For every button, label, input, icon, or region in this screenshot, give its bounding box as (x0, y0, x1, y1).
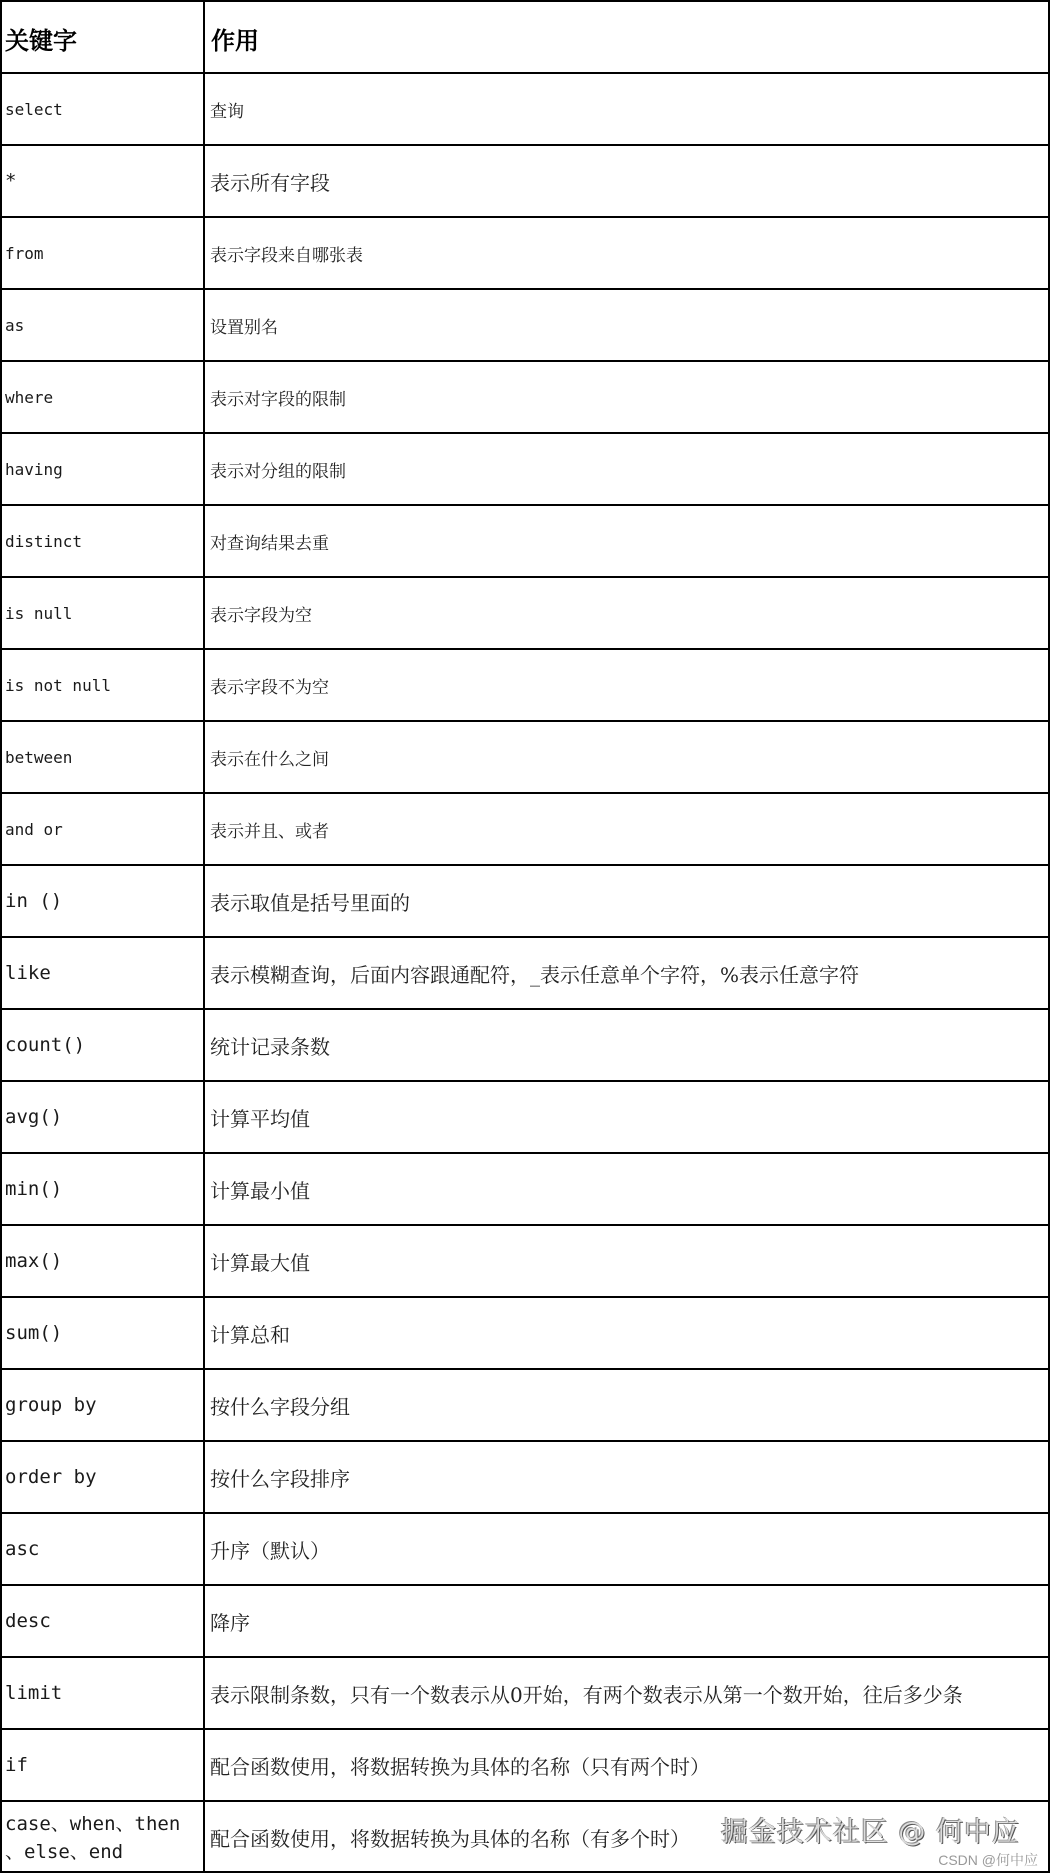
keyword-cell: sum() (2, 1298, 205, 1368)
table-row: max()计算最大值 (2, 1224, 1048, 1296)
keyword-cell: distinct (2, 506, 205, 576)
keyword-cell: case、when、then 、else、end (2, 1802, 205, 1872)
function-cell: 统计记录条数 (205, 1010, 1048, 1080)
table-row: distinct对查询结果去重 (2, 504, 1048, 576)
keyword-cell: limit (2, 1658, 205, 1728)
table-row: like表示模糊查询，后面内容跟通配符，_表示任意单个字符，%表示任意字符 (2, 936, 1048, 1008)
header-keyword: 关键字 (2, 2, 205, 74)
juejin-watermark: 掘金技术社区 @ 何中应 (721, 1810, 1020, 1849)
keyword-cell: in () (2, 866, 205, 936)
table-row: group by按什么字段分组 (2, 1368, 1048, 1440)
table-row: *表示所有字段 (2, 144, 1048, 216)
function-cell: 计算最小值 (205, 1154, 1048, 1224)
table-row: from表示字段来自哪张表 (2, 216, 1048, 288)
keyword-cell: max() (2, 1226, 205, 1296)
function-cell: 计算总和 (205, 1298, 1048, 1368)
function-cell: 降序 (205, 1586, 1048, 1656)
keyword-cell: as (2, 290, 205, 360)
function-cell: 配合函数使用，将数据转换为具体的名称（只有两个时） (205, 1730, 1048, 1800)
function-cell: 查询 (205, 74, 1048, 144)
function-cell: 表示对字段的限制 (205, 362, 1048, 432)
table-row: in ()表示取值是括号里面的 (2, 864, 1048, 936)
table-row: as设置别名 (2, 288, 1048, 360)
table-row: where表示对字段的限制 (2, 360, 1048, 432)
function-cell: 对查询结果去重 (205, 506, 1048, 576)
keyword-cell: min() (2, 1154, 205, 1224)
function-cell: 表示取值是括号里面的 (205, 866, 1048, 936)
keyword-cell: from (2, 218, 205, 288)
function-cell: 设置别名 (205, 290, 1048, 360)
table-row: sum()计算总和 (2, 1296, 1048, 1368)
table-row: limit表示限制条数，只有一个数表示从0开始，有两个数表示从第一个数开始，往后… (2, 1656, 1048, 1728)
table-row: desc降序 (2, 1584, 1048, 1656)
keyword-cell: order by (2, 1442, 205, 1512)
function-cell: 计算最大值 (205, 1226, 1048, 1296)
keyword-cell: and or (2, 794, 205, 864)
table-row: is null表示字段为空 (2, 576, 1048, 648)
table-row: avg()计算平均值 (2, 1080, 1048, 1152)
keyword-cell: asc (2, 1514, 205, 1584)
keyword-cell: is not null (2, 650, 205, 720)
sql-keyword-table: 关键字 作用 select查询*表示所有字段from表示字段来自哪张表as设置别… (0, 0, 1050, 1873)
table-row: order by按什么字段排序 (2, 1440, 1048, 1512)
keyword-cell: is null (2, 578, 205, 648)
table-row: count()统计记录条数 (2, 1008, 1048, 1080)
function-cell: 表示字段不为空 (205, 650, 1048, 720)
function-cell: 按什么字段排序 (205, 1442, 1048, 1512)
table-row: asc升序（默认） (2, 1512, 1048, 1584)
header-function: 作用 (205, 2, 1048, 74)
table-row: and or表示并且、或者 (2, 792, 1048, 864)
function-cell: 升序（默认） (205, 1514, 1048, 1584)
table-row: min()计算最小值 (2, 1152, 1048, 1224)
keyword-cell: avg() (2, 1082, 205, 1152)
function-cell: 表示字段为空 (205, 578, 1048, 648)
function-cell: 表示所有字段 (205, 146, 1048, 216)
table-row: is not null表示字段不为空 (2, 648, 1048, 720)
function-cell: 表示并且、或者 (205, 794, 1048, 864)
function-cell: 表示在什么之间 (205, 722, 1048, 792)
table-row: having表示对分组的限制 (2, 432, 1048, 504)
keyword-cell: if (2, 1730, 205, 1800)
table-header-row: 关键字 作用 (2, 2, 1048, 74)
function-cell: 按什么字段分组 (205, 1370, 1048, 1440)
table-row: select查询 (2, 72, 1048, 144)
keyword-cell: having (2, 434, 205, 504)
function-cell: 表示对分组的限制 (205, 434, 1048, 504)
table-row: between表示在什么之间 (2, 720, 1048, 792)
keyword-cell: like (2, 938, 205, 1008)
function-cell: 表示字段来自哪张表 (205, 218, 1048, 288)
keyword-cell: select (2, 74, 205, 144)
keyword-cell: * (2, 146, 205, 216)
keyword-cell: between (2, 722, 205, 792)
table-row: if配合函数使用，将数据转换为具体的名称（只有两个时） (2, 1728, 1048, 1800)
function-cell: 表示模糊查询，后面内容跟通配符，_表示任意单个字符，%表示任意字符 (205, 938, 1048, 1008)
function-cell: 计算平均值 (205, 1082, 1048, 1152)
keyword-cell: group by (2, 1370, 205, 1440)
function-cell: 表示限制条数，只有一个数表示从0开始，有两个数表示从第一个数开始，往后多少条 (205, 1658, 1048, 1728)
csdn-watermark: CSDN @何中应 (938, 1850, 1038, 1870)
keyword-cell: desc (2, 1586, 205, 1656)
keyword-cell: where (2, 362, 205, 432)
keyword-cell: count() (2, 1010, 205, 1080)
